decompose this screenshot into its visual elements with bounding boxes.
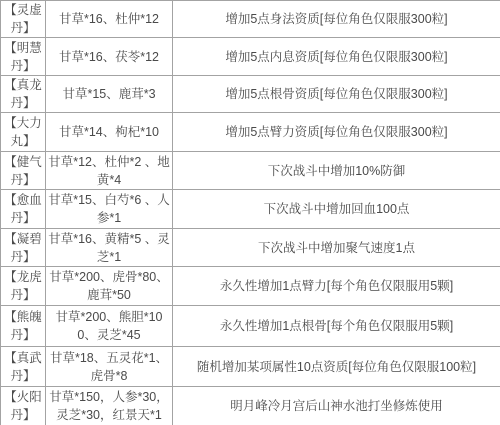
table-row: 【明慧丹】甘草*16、茯苓*12增加5点内息资质[每位角色仅限服300粒]	[1, 38, 500, 76]
pill-effect-cell: 增加5点内息资质[每位角色仅限服300粒]	[173, 38, 500, 76]
table-row: 【真龙丹】甘草*15、鹿茸*3增加5点根骨资质[每位角色仅限服300粒]	[1, 76, 500, 113]
pill-effect-cell: 下次战斗中增加10%防御	[173, 152, 500, 190]
table-row: 【熊魄丹】甘草*200、熊胆*100、灵芝*45永久性增加1点根骨[每个角色仅限…	[1, 306, 500, 347]
table-row: 【健气丹】甘草*12、杜仲*2 、地黄*4下次战斗中增加10%防御	[1, 152, 500, 190]
pill-name-cell: 【凝碧丹】	[1, 229, 46, 267]
pill-ingredients-cell: 甘草*15、白芍*6 、人参*1	[46, 190, 173, 229]
pill-name-cell: 【火阳丹】	[1, 387, 46, 425]
pill-effect-cell: 随机增加某项属性10点资质[每位角色仅限服100粒]	[173, 347, 500, 387]
table-row: 【真武丹】甘草*18、五灵花*1、虎骨*8随机增加某项属性10点资质[每位角色仅…	[1, 347, 500, 387]
pill-name-cell: 【真武丹】	[1, 347, 46, 387]
pill-effect-cell: 永久性增加1点臂力[每个角色仅限服用5颗]	[173, 267, 500, 306]
pill-name-cell: 【大力丸】	[1, 113, 46, 152]
pill-name-cell: 【明慧丹】	[1, 38, 46, 76]
pill-ingredients-cell: 甘草*200、熊胆*100、灵芝*45	[46, 306, 173, 347]
pill-ingredients-cell: 甘草*16、杜仲*12	[46, 1, 173, 38]
pill-ingredients-cell: 甘草*16、黄精*5 、灵芝*1	[46, 229, 173, 267]
pill-recipes-table-body: 【灵虚丹】甘草*16、杜仲*12增加5点身法资质[每位角色仅限服300粒]【明慧…	[1, 1, 500, 425]
pill-name-cell: 【龙虎丹】	[1, 267, 46, 306]
pill-effect-cell: 下次战斗中增加聚气速度1点	[173, 229, 500, 267]
pill-ingredients-cell: 甘草*200、虎骨*80、鹿茸*50	[46, 267, 173, 306]
table-row: 【凝碧丹】甘草*16、黄精*5 、灵芝*1下次战斗中增加聚气速度1点	[1, 229, 500, 267]
pill-effect-cell: 永久性增加1点根骨[每个角色仅限服用5颗]	[173, 306, 500, 347]
pill-effect-cell: 增加5点臂力资质[每位角色仅限服300粒]	[173, 113, 500, 152]
pill-ingredients-cell: 甘草*15、鹿茸*3	[46, 76, 173, 113]
pill-ingredients-cell: 甘草*12、杜仲*2 、地黄*4	[46, 152, 173, 190]
table-row: 【龙虎丹】甘草*200、虎骨*80、鹿茸*50永久性增加1点臂力[每个角色仅限服…	[1, 267, 500, 306]
table-row: 【大力丸】甘草*14、枸杞*10增加5点臂力资质[每位角色仅限服300粒]	[1, 113, 500, 152]
table-row: 【火阳丹】甘草*150，人参*30，灵芝*30，红景天*1明月峰冷月宫后山神水池…	[1, 387, 500, 425]
table-row: 【愈血丹】甘草*15、白芍*6 、人参*1下次战斗中增加回血100点	[1, 190, 500, 229]
pill-effect-cell: 明月峰冷月宫后山神水池打坐修炼使用	[173, 387, 500, 425]
pill-name-cell: 【灵虚丹】	[1, 1, 46, 38]
table-row: 【灵虚丹】甘草*16、杜仲*12增加5点身法资质[每位角色仅限服300粒]	[1, 1, 500, 38]
pill-name-cell: 【真龙丹】	[1, 76, 46, 113]
pill-name-cell: 【熊魄丹】	[1, 306, 46, 347]
pill-ingredients-cell: 甘草*150，人参*30，灵芝*30，红景天*1	[46, 387, 173, 425]
pill-recipes-table: 【灵虚丹】甘草*16、杜仲*12增加5点身法资质[每位角色仅限服300粒]【明慧…	[0, 0, 500, 425]
pill-name-cell: 【愈血丹】	[1, 190, 46, 229]
pill-name-cell: 【健气丹】	[1, 152, 46, 190]
pill-effect-cell: 增加5点根骨资质[每位角色仅限服300粒]	[173, 76, 500, 113]
pill-effect-cell: 下次战斗中增加回血100点	[173, 190, 500, 229]
pill-ingredients-cell: 甘草*16、茯苓*12	[46, 38, 173, 76]
pill-ingredients-cell: 甘草*18、五灵花*1、虎骨*8	[46, 347, 173, 387]
pill-ingredients-cell: 甘草*14、枸杞*10	[46, 113, 173, 152]
pill-effect-cell: 增加5点身法资质[每位角色仅限服300粒]	[173, 1, 500, 38]
